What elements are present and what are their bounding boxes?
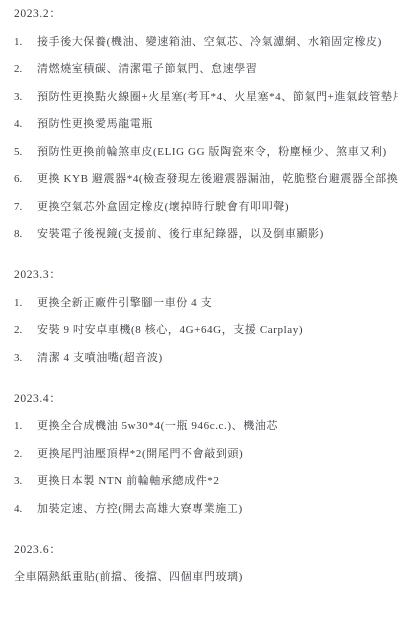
list-item: 7.更換空氣芯外盒固定橡皮(壞掉時行駛會有叩叩聲) bbox=[14, 202, 392, 213]
item-text: 更換尾門油壓頂桿*2(開尾門不會敲到頭) bbox=[37, 448, 243, 460]
section-2023-2: 2023.2： 1.接手後大保養(機油、變速箱油、空氣芯、冷氣濾網、水箱固定橡皮… bbox=[14, 9, 392, 240]
list-item: 6.更換 KYB 避震器*4(檢查發現左後避震器漏油，乾脆整台避震器全部換新) bbox=[14, 174, 392, 185]
item-text: 更換全合成機油 5w30*4(一瓶 946c.c.)、機油芯 bbox=[37, 420, 278, 432]
item-text: 安裝電子後視鏡(支援前、後行車紀錄器，以及倒車顯影) bbox=[37, 228, 324, 240]
list-item: 4.加裝定速、方控(開去高雄大寮專業施工) bbox=[14, 504, 392, 515]
item-number: 2. bbox=[14, 64, 37, 75]
section-2023-6: 2023.6： 全車隔熱紙重貼(前擋、後擋、四個車門玻璃) bbox=[14, 545, 392, 584]
item-number: 4. bbox=[14, 119, 37, 130]
item-text: 預防性更換點火線圈+火星塞(考耳*4、火星塞*4、節氣門+進氣歧管墊片) bbox=[37, 91, 398, 103]
item-number: 1. bbox=[14, 298, 37, 309]
list-item: 3.清潔 4 支噴油嘴(超音波) bbox=[14, 353, 392, 364]
maintenance-log-document: 2023.2： 1.接手後大保養(機油、變速箱油、空氣芯、冷氣濾網、水箱固定橡皮… bbox=[0, 0, 398, 583]
item-number: 3. bbox=[14, 476, 37, 487]
item-text: 預防性更換前輪煞車皮(ELIG GG 版陶瓷來令，粉塵極少、煞車又利) bbox=[37, 146, 387, 158]
list-item: 8.安裝電子後視鏡(支援前、後行車紀錄器，以及倒車顯影) bbox=[14, 229, 392, 240]
item-number: 1. bbox=[14, 421, 37, 432]
section-heading: 2023.3： bbox=[14, 270, 392, 282]
item-text: 清燃燒室積碳、清潔電子節氣門、怠速學習 bbox=[37, 63, 257, 75]
list-item: 3.更換日本製 NTN 前輪軸承總成件*2 bbox=[14, 476, 392, 487]
item-text: 全車隔熱紙重貼(前擋、後擋、四個車門玻璃) bbox=[14, 571, 243, 583]
list-item: 全車隔熱紙重貼(前擋、後擋、四個車門玻璃) bbox=[14, 572, 392, 583]
section-heading: 2023.6： bbox=[14, 545, 392, 557]
item-number: 5. bbox=[14, 147, 37, 158]
item-text: 預防性更換愛馬龍電瓶 bbox=[37, 118, 153, 130]
item-number: 6. bbox=[14, 174, 37, 185]
list-item: 1.更換全合成機油 5w30*4(一瓶 946c.c.)、機油芯 bbox=[14, 421, 392, 432]
item-text: 安裝 9 吋安卓車機(8 核心，4G+64G，支援 Carplay) bbox=[37, 324, 303, 336]
item-text: 更換空氣芯外盒固定橡皮(壞掉時行駛會有叩叩聲) bbox=[37, 201, 289, 213]
item-text: 加裝定速、方控(開去高雄大寮專業施工) bbox=[37, 503, 243, 515]
item-number: 8. bbox=[14, 229, 37, 240]
list-item: 2.更換尾門油壓頂桿*2(開尾門不會敲到頭) bbox=[14, 449, 392, 460]
item-number: 2. bbox=[14, 325, 37, 336]
item-text: 更換日本製 NTN 前輪軸承總成件*2 bbox=[37, 475, 220, 487]
item-number: 2. bbox=[14, 449, 37, 460]
item-text: 更換 KYB 避震器*4(檢查發現左後避震器漏油，乾脆整台避震器全部換新) bbox=[37, 173, 398, 185]
item-text: 更換全新正廠件引擎腳一車份 4 支 bbox=[37, 297, 212, 309]
section-heading: 2023.2： bbox=[14, 9, 392, 21]
list-item: 2.清燃燒室積碳、清潔電子節氣門、怠速學習 bbox=[14, 64, 392, 75]
item-text: 清潔 4 支噴油嘴(超音波) bbox=[37, 352, 163, 364]
list-item: 2.安裝 9 吋安卓車機(8 核心，4G+64G，支援 Carplay) bbox=[14, 325, 392, 336]
item-text: 接手後大保養(機油、變速箱油、空氣芯、冷氣濾網、水箱固定橡皮) bbox=[37, 36, 382, 48]
item-number: 3. bbox=[14, 92, 37, 103]
section-2023-4: 2023.4： 1.更換全合成機油 5w30*4(一瓶 946c.c.)、機油芯… bbox=[14, 394, 392, 515]
item-number: 7. bbox=[14, 202, 37, 213]
list-item: 1.更換全新正廠件引擎腳一車份 4 支 bbox=[14, 298, 392, 309]
item-number: 1. bbox=[14, 37, 37, 48]
list-item: 5.預防性更換前輪煞車皮(ELIG GG 版陶瓷來令，粉塵極少、煞車又利) bbox=[14, 147, 392, 158]
item-number: 4. bbox=[14, 504, 37, 515]
list-item: 3.預防性更換點火線圈+火星塞(考耳*4、火星塞*4、節氣門+進氣歧管墊片) bbox=[14, 92, 392, 103]
item-number: 3. bbox=[14, 353, 37, 364]
section-heading: 2023.4： bbox=[14, 394, 392, 406]
list-item: 1.接手後大保養(機油、變速箱油、空氣芯、冷氣濾網、水箱固定橡皮) bbox=[14, 37, 392, 48]
section-2023-3: 2023.3： 1.更換全新正廠件引擎腳一車份 4 支 2.安裝 9 吋安卓車機… bbox=[14, 270, 392, 364]
list-item: 4.預防性更換愛馬龍電瓶 bbox=[14, 119, 392, 130]
